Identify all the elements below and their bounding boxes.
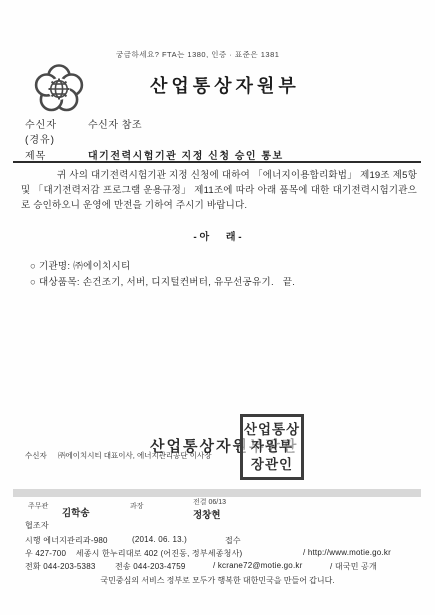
issue-email: / kcrane72@motie.go.kr [213, 561, 302, 570]
issue-disclosure: / 대국민 공개 [330, 561, 377, 572]
issue-date: (2014. 06. 13.) [132, 535, 187, 544]
recipient-value: 수신자 참조 [88, 116, 142, 131]
issue-address: 우 427-700 세종시 한누리대로 402 (어진동, 정부세종청사) [25, 548, 242, 559]
issue-phone: 전화 044-203-5383 [25, 561, 96, 572]
official-document-page: 궁금하세요? FTA는 1380, 인증 · 표준은 1381 [0, 0, 435, 615]
subject-label: 제목 [25, 147, 46, 162]
seal-text: 산업통상 자원부 장관인 [244, 421, 300, 474]
ministry-emblem-icon [28, 60, 90, 121]
issue-doc-no: 시행 에너지관리과-980 [25, 535, 108, 546]
manager-name: 정창현 [193, 507, 221, 521]
cooperator-label: 협조자 [25, 520, 49, 531]
subject-value: 대기전력시험기관 지정 신청 승인 통보 [88, 147, 284, 162]
approval-band [13, 489, 421, 497]
issue-website: / http://www.motie.go.kr [303, 548, 391, 557]
official-seal-stamp: 산업통상 자원부 장관인 [240, 414, 304, 480]
sig-recipient-value: ㈜에이치시티 대표이사, 에너지관리공단 이사장 [58, 450, 212, 461]
manager-title: 과장 [130, 501, 144, 511]
via-label: (경유) [25, 131, 55, 146]
delegation-note: 전결 06/13 [193, 497, 226, 507]
recipient-label: 수신자 [25, 116, 57, 131]
hotline-text: 궁금하세요? FTA는 1380, 인증 · 표준은 1381 [116, 49, 279, 60]
list-item-products: ○ 대상품목: 손건조기, 서버, 디지털컨버터, 유무선공유기. 끝. [30, 274, 295, 288]
issue-fax: 전송 044-203-4759 [115, 561, 186, 572]
issue-receipt-label: 접수 [225, 535, 241, 546]
list-item-agency: ○ 기관명: ㈜에이치시티 [30, 258, 130, 272]
ministry-title: 산업통상자원부 [150, 72, 300, 98]
officer-name: 김학송 [62, 505, 90, 519]
sig-recipient-label: 수신자 [25, 450, 47, 461]
body-paragraph: 귀 사의 대기전력시험기관 지정 신청에 대하여 「에너지이용합리화법」 제19… [21, 168, 417, 214]
officer-title: 주무관 [28, 501, 48, 511]
below-divider: - 아 래 - [0, 228, 435, 243]
subject-divider-rule [13, 161, 421, 163]
government-slogan: 국민중심의 서비스 정부로 모두가 행복한 대한민국을 만들어 갑니다. [0, 575, 435, 586]
